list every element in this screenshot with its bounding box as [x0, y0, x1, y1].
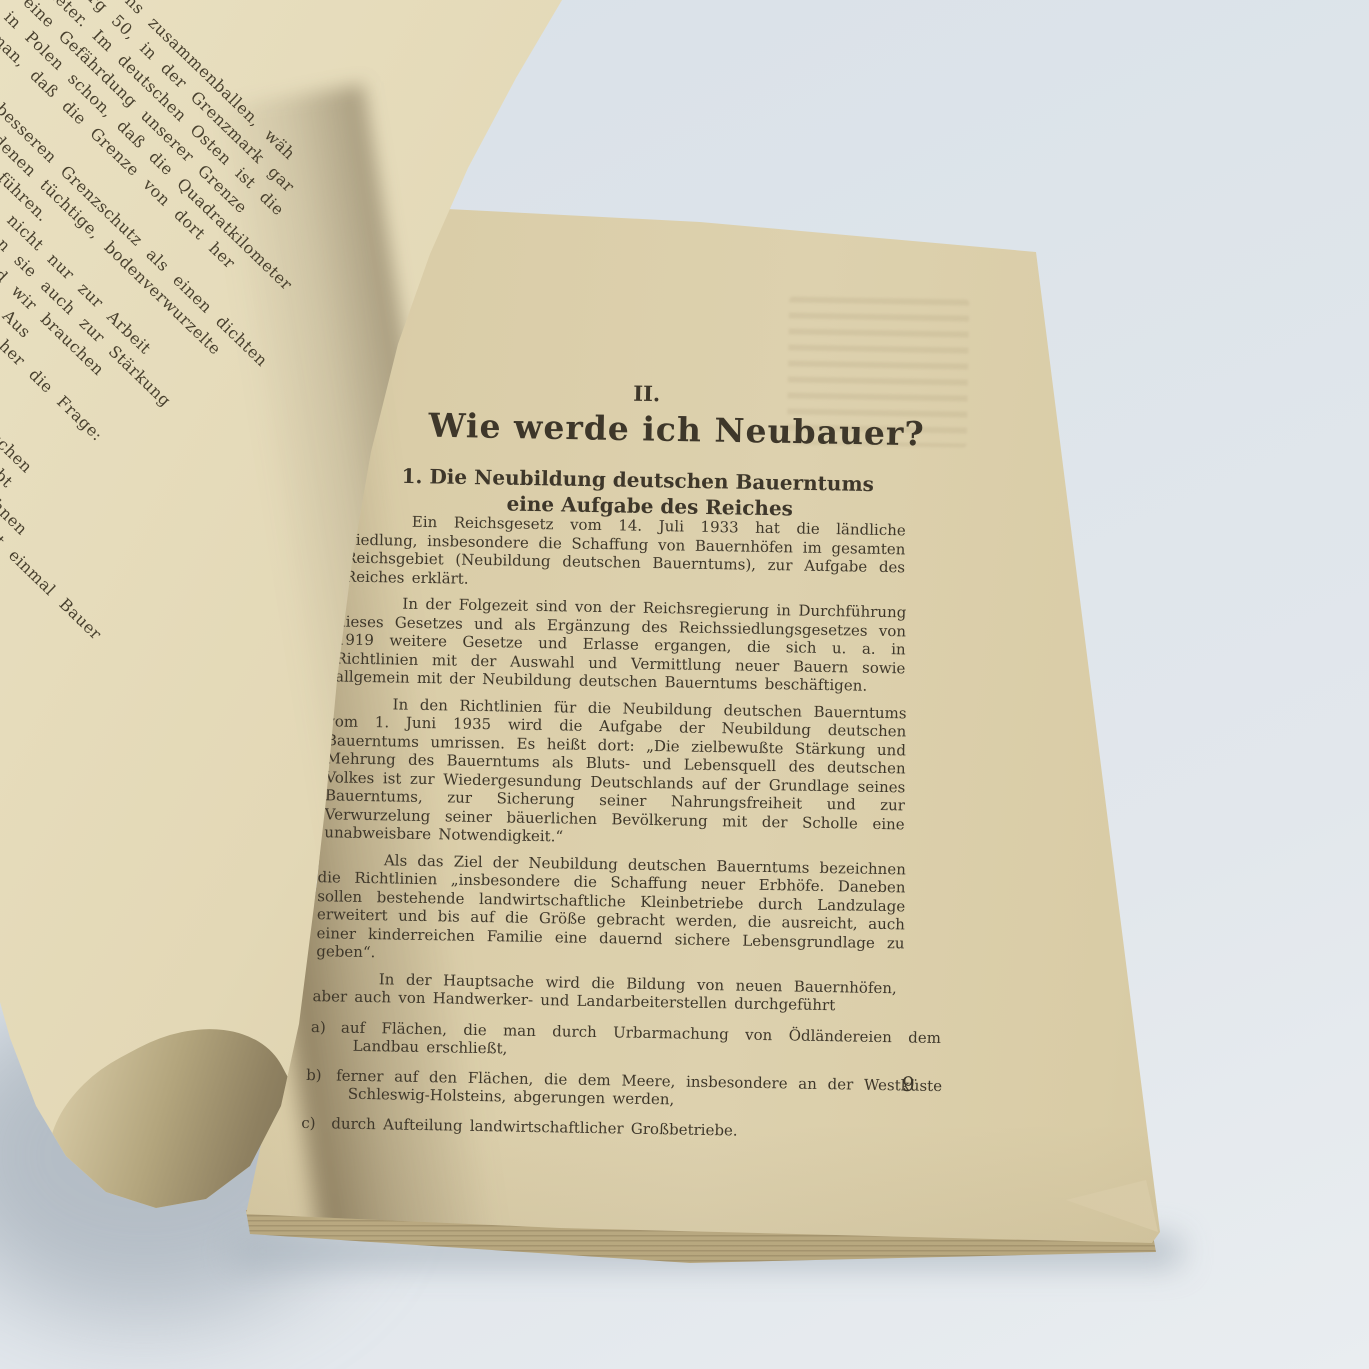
list-item-label: b)	[306, 1065, 336, 1084]
paragraph: In der Hauptsache wird die Bildung von n…	[312, 969, 897, 1016]
list-item-text: ferner auf den Flächen, die dem Meere, i…	[336, 1066, 942, 1108]
paragraph: In den Richtlinien für die Neubildung de…	[324, 694, 906, 852]
page-number: 9	[902, 1072, 915, 1096]
paragraph: Als das Ziel der Neubildung deutschen Ba…	[316, 850, 906, 971]
list-item-label: a)	[311, 1018, 341, 1037]
body-text-column: Ein Reichsgesetz vom 14. Juli 1933 hat d…	[301, 511, 916, 1153]
list-item-b: b)ferner auf den Flächen, die dem Meere,…	[306, 1065, 943, 1113]
list-item-c: c)durch Aufteilung landwirtschaftlicher …	[301, 1113, 941, 1143]
book-photo: II. Wie werde ich Neubauer? 1. Die Neubi…	[0, 0, 1369, 1369]
paragraph: Ein Reichsgesetz vom 14. Juli 1933 hat d…	[345, 512, 906, 596]
list-item-a: a)auf Flächen, die man durch Urbarmachun…	[311, 1018, 942, 1066]
list-item-text: durch Aufteilung landwirtschaftlicher Gr…	[331, 1114, 738, 1139]
list-item-text: auf Flächen, die man durch Urbarmachung …	[341, 1018, 941, 1057]
list-item-label: c)	[301, 1113, 331, 1132]
paragraph: In der Folgezeit sind von der Reichsregi…	[335, 593, 907, 695]
